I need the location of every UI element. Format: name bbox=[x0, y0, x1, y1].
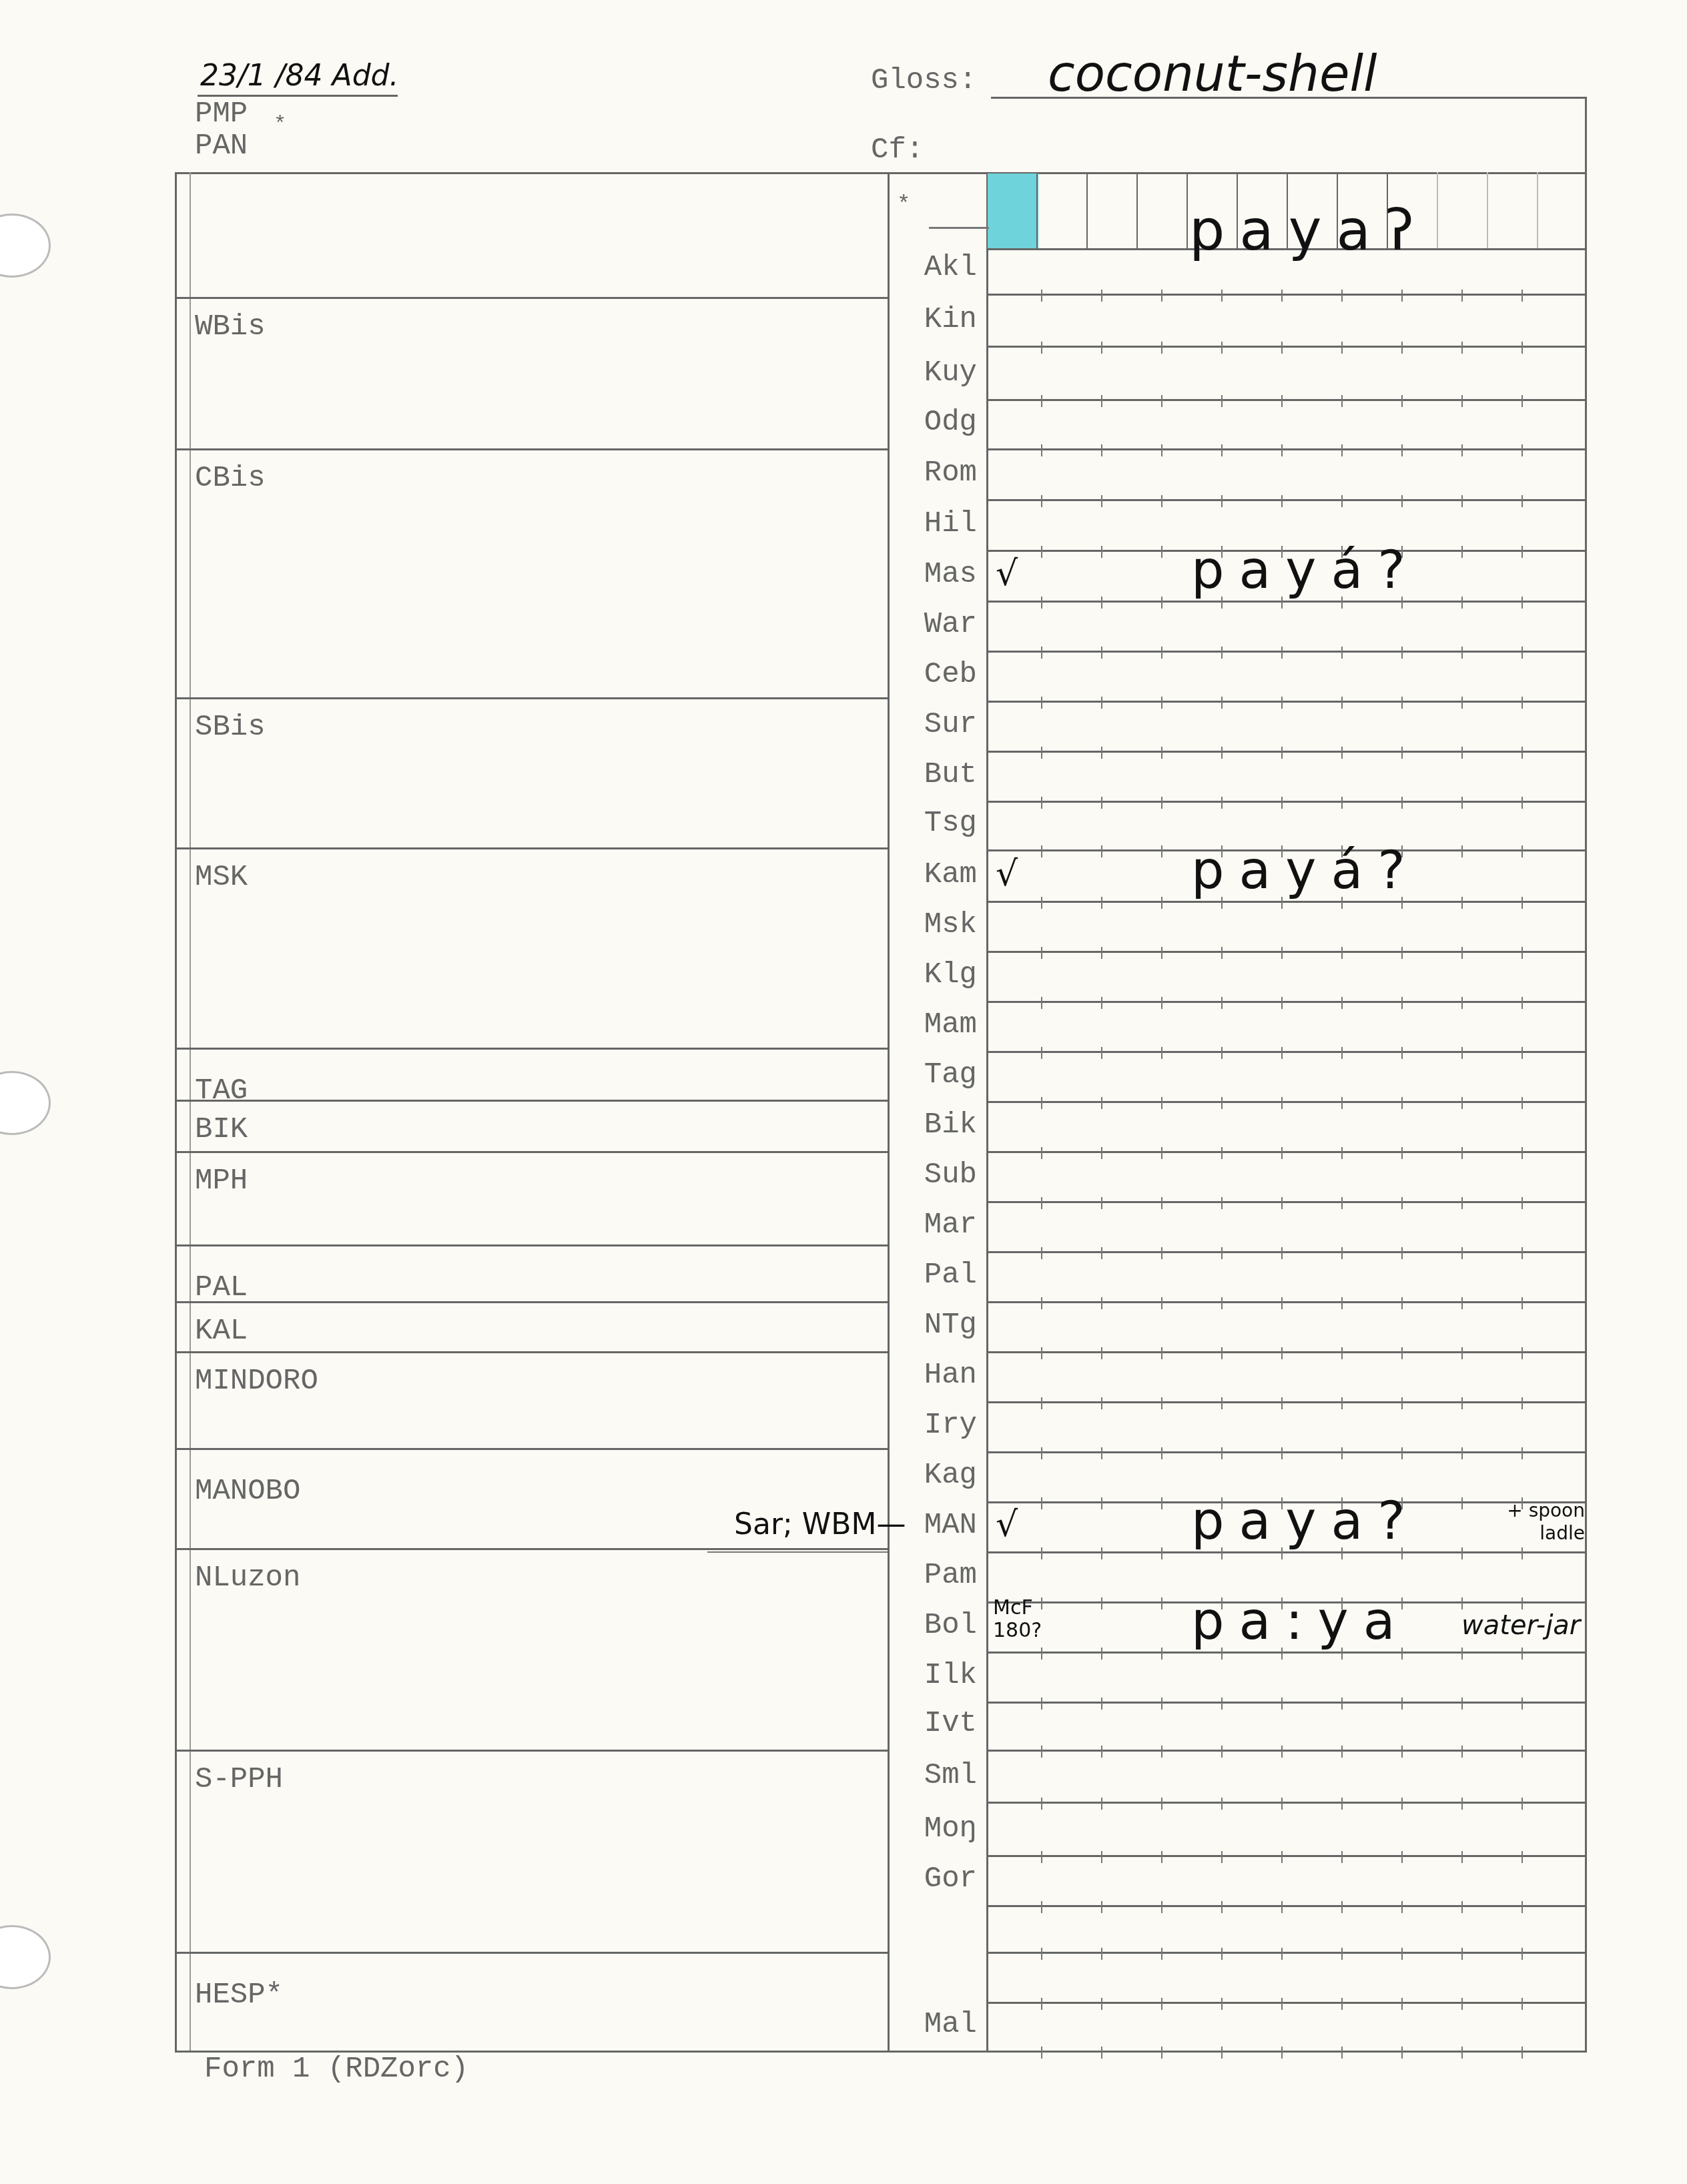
language-label: But bbox=[888, 758, 986, 791]
highlight-cell bbox=[988, 173, 1038, 248]
reconstruction-cell-divider bbox=[1187, 172, 1188, 248]
language-label: Pal bbox=[888, 1258, 986, 1292]
language-label: Moŋ bbox=[888, 1812, 986, 1846]
language-label: Iry bbox=[888, 1409, 986, 1442]
group-divider bbox=[175, 1548, 888, 1550]
left-border bbox=[175, 172, 177, 2051]
punch-hole bbox=[0, 214, 51, 278]
language-label: Kam bbox=[888, 858, 986, 891]
reflex-form[interactable]: pa:ya bbox=[1191, 1591, 1410, 1652]
reconstruction-cell-divider bbox=[1537, 172, 1538, 248]
entry-cell[interactable] bbox=[988, 1654, 1585, 1700]
group-label: MANOBO bbox=[195, 1475, 300, 1508]
entry-cell[interactable] bbox=[988, 1103, 1585, 1149]
group-label: WBis bbox=[195, 310, 266, 344]
group-divider bbox=[175, 448, 888, 450]
group-divider bbox=[175, 1952, 888, 1954]
language-label: Bol bbox=[888, 1609, 986, 1642]
group-label: NLuzon bbox=[195, 1561, 300, 1595]
group-label: TAG bbox=[195, 1074, 248, 1108]
language-label: Ceb bbox=[888, 658, 986, 691]
entry-cell[interactable] bbox=[988, 1353, 1585, 1399]
reconstruction-cell-divider bbox=[1487, 172, 1488, 248]
group-label: CBis bbox=[195, 462, 266, 495]
entry-cell[interactable] bbox=[988, 603, 1585, 649]
reconstruction-blank bbox=[929, 227, 989, 229]
cf-label: Cf: bbox=[871, 133, 924, 167]
left-inner-border bbox=[190, 172, 191, 2051]
entry-cell[interactable] bbox=[988, 1003, 1585, 1049]
language-label: Sml bbox=[888, 1759, 986, 1792]
group-label: MSK bbox=[195, 861, 248, 894]
language-label: Tsg bbox=[888, 807, 986, 840]
group-label: SBis bbox=[195, 711, 266, 744]
entry-cell[interactable] bbox=[988, 1203, 1585, 1249]
side-note-line bbox=[707, 1551, 888, 1553]
group-label: HESP* bbox=[195, 1978, 283, 2012]
group-divider bbox=[175, 1351, 888, 1353]
reflex-form[interactable]: payá? bbox=[1191, 841, 1420, 901]
group-divider bbox=[175, 1100, 888, 1102]
language-label: Mas bbox=[888, 558, 986, 591]
entry-cell[interactable] bbox=[988, 1857, 1585, 1903]
top-border bbox=[175, 172, 1587, 174]
language-label: Sub bbox=[888, 1158, 986, 1192]
reconstruction-cell-divider bbox=[1136, 172, 1138, 248]
group-label: PAL bbox=[195, 1271, 248, 1305]
reconstruction-star: * bbox=[897, 192, 910, 218]
entry-cell[interactable] bbox=[988, 1303, 1585, 1349]
entry-cell[interactable] bbox=[988, 296, 1585, 344]
entry-cell[interactable] bbox=[988, 1403, 1585, 1449]
entry-cell[interactable] bbox=[988, 348, 1585, 397]
language-label: Rom bbox=[888, 456, 986, 490]
gloss-note: + spoon ladle bbox=[1505, 1499, 1585, 1545]
entry-cell[interactable] bbox=[988, 653, 1585, 699]
reconstruction-cell-divider bbox=[1036, 172, 1038, 248]
language-label: Akl bbox=[888, 251, 986, 284]
reflex-form[interactable]: paya? bbox=[1191, 1491, 1420, 1551]
group-label: BIK bbox=[195, 1113, 248, 1146]
group-divider bbox=[175, 847, 888, 849]
group-divider bbox=[175, 1448, 888, 1450]
language-label: Mal bbox=[888, 2008, 986, 2041]
reconstruction-cell-divider bbox=[1086, 172, 1088, 248]
group-label: MINDORO bbox=[195, 1365, 318, 1398]
entry-cell[interactable] bbox=[988, 450, 1585, 497]
gloss-underline bbox=[991, 97, 1585, 99]
entry-cell[interactable] bbox=[988, 1752, 1585, 1800]
reconstruction-cell-divider bbox=[1437, 172, 1438, 248]
language-label: Sur bbox=[888, 708, 986, 741]
language-label: War bbox=[888, 608, 986, 641]
entry-cell[interactable] bbox=[988, 703, 1585, 749]
group-divider bbox=[175, 697, 888, 699]
language-label: NTg bbox=[888, 1309, 986, 1342]
entry-cell[interactable] bbox=[988, 1153, 1585, 1199]
language-label: Kuy bbox=[888, 356, 986, 390]
entry-cell[interactable] bbox=[988, 953, 1585, 999]
entry-cell[interactable] bbox=[988, 753, 1585, 799]
side-note: Sar; WBM— bbox=[734, 1507, 906, 1541]
right-border bbox=[1585, 97, 1587, 2052]
group-label: S-PPH bbox=[195, 1763, 283, 1796]
language-label: Msk bbox=[888, 908, 986, 942]
language-label: Han bbox=[888, 1359, 986, 1392]
group-divider bbox=[175, 1750, 888, 1752]
gloss-note: water-jar bbox=[1461, 1610, 1580, 1641]
group-divider bbox=[175, 1151, 888, 1153]
entry-cell[interactable] bbox=[988, 250, 1585, 292]
group-label: MPH bbox=[195, 1164, 248, 1198]
pmp-star: * bbox=[274, 112, 286, 137]
row-line bbox=[986, 2051, 1587, 2053]
language-label: Bik bbox=[888, 1108, 986, 1142]
entry-cell[interactable] bbox=[988, 1704, 1585, 1748]
punch-hole bbox=[0, 1071, 51, 1135]
reflex-form[interactable]: payá? bbox=[1191, 540, 1420, 601]
check-mark: √ bbox=[996, 554, 1018, 594]
entry-cell[interactable] bbox=[988, 1253, 1585, 1299]
language-label: Hil bbox=[888, 507, 986, 540]
pmp-label: PMP bbox=[195, 97, 248, 131]
check-mark: McF 180? bbox=[993, 1597, 1053, 1642]
entry-cell[interactable] bbox=[988, 401, 1585, 446]
date-underline bbox=[198, 95, 398, 97]
pan-label: PAN bbox=[195, 129, 248, 163]
entry-cell[interactable] bbox=[988, 1907, 1585, 1950]
group-divider bbox=[175, 1244, 888, 1246]
group-divider bbox=[175, 1301, 888, 1303]
language-label: Odg bbox=[888, 406, 986, 439]
language-label: Ivt bbox=[888, 1707, 986, 1740]
check-mark: √ bbox=[996, 854, 1018, 894]
entry-cell[interactable] bbox=[988, 1804, 1585, 1853]
language-label: Mar bbox=[888, 1208, 986, 1242]
gloss-label: Gloss: bbox=[871, 64, 976, 97]
group-divider bbox=[175, 297, 888, 299]
entry-cell[interactable] bbox=[988, 1053, 1585, 1099]
language-label: Mam bbox=[888, 1008, 986, 1042]
language-label: Gor bbox=[888, 1862, 986, 1896]
language-label: Kin bbox=[888, 303, 986, 336]
group-label: KAL bbox=[195, 1315, 248, 1348]
language-label: Tag bbox=[888, 1058, 986, 1092]
entry-cell[interactable] bbox=[988, 1954, 1585, 2000]
date-handwritten: 23/1 /84 Add. bbox=[200, 59, 399, 93]
punch-hole bbox=[0, 1925, 51, 1989]
language-label: Kag bbox=[888, 1459, 986, 1492]
entry-cell[interactable] bbox=[988, 903, 1585, 949]
form-label: Form 1 (RDZorc) bbox=[204, 2053, 468, 2086]
group-divider bbox=[175, 1048, 888, 1050]
language-label: Klg bbox=[888, 958, 986, 992]
check-mark: √ bbox=[996, 1505, 1018, 1545]
language-label: Ilk bbox=[888, 1659, 986, 1692]
language-label: Pam bbox=[888, 1559, 986, 1592]
gloss-value[interactable]: coconut-shell bbox=[1048, 45, 1377, 103]
entry-cell[interactable] bbox=[988, 2004, 1585, 2049]
